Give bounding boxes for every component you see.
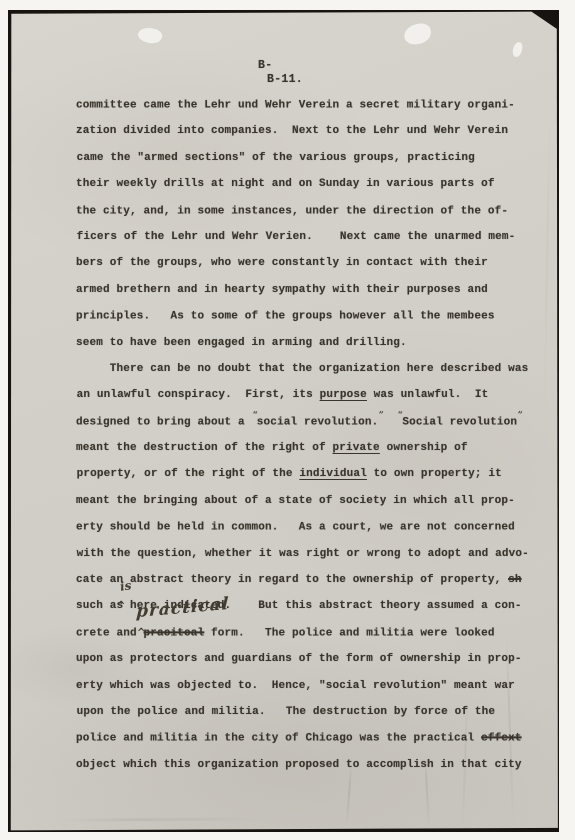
typed-line: ficers of the Lehr und Wehr Verien. Next…: [77, 224, 547, 250]
typed-line: bers of the groups, who were constantly …: [76, 250, 546, 276]
typed-line: with the question, whether it was right …: [77, 541, 547, 567]
typed-line: an unlawful conspiracy. First, its purpo…: [77, 382, 547, 408]
typed-line: came the "armed sections" of the various…: [77, 145, 547, 171]
typed-line: property, or of the right of the individ…: [77, 461, 547, 487]
typed-line: the city, and, in some instances, under …: [76, 198, 546, 224]
page-number-strikeover: B-: [258, 59, 272, 72]
typed-line: police and militia in the city of Chicag…: [76, 726, 546, 752]
typed-line: upon as protectors and guardians of the …: [76, 646, 546, 672]
typed-line: armed brethern and in hearty sympathy wi…: [76, 277, 546, 303]
typed-text-block: committee came the Lehr und Wehr Verein …: [76, 92, 546, 778]
typed-line: object which this organization proposed …: [76, 752, 546, 778]
typed-line: There can be no doubt that the organizat…: [76, 356, 546, 382]
typed-line: meant the destruction of the right of pr…: [76, 435, 546, 461]
typed-line: crete and pracitcal form. The police and…: [76, 620, 546, 646]
typed-line: designed to bring about a “social revolu…: [76, 409, 546, 435]
typed-line: erty should be held in common. As a cour…: [76, 515, 546, 541]
typed-line: cate an abstract theory in regard to the…: [76, 567, 546, 593]
page-number: B-11.: [267, 73, 303, 86]
typed-line: seem to have been engaged in arming and …: [76, 330, 546, 356]
typed-line: principles. As to some of the groups how…: [76, 304, 546, 330]
typed-line: upon the police and militia. The destruc…: [77, 699, 547, 725]
typed-line: meant the bringing about of a state of s…: [76, 488, 546, 514]
typed-line: erty which was objected to. Hence, "soci…: [76, 673, 546, 699]
typed-line: their weekly drills at night and on Sund…: [76, 171, 546, 197]
typed-line: committee came the Lehr und Wehr Verein …: [76, 92, 546, 118]
typed-line: zation divided into companies. Next to t…: [76, 118, 546, 144]
typed-line: such as here indicated. But this abstrac…: [76, 593, 546, 619]
